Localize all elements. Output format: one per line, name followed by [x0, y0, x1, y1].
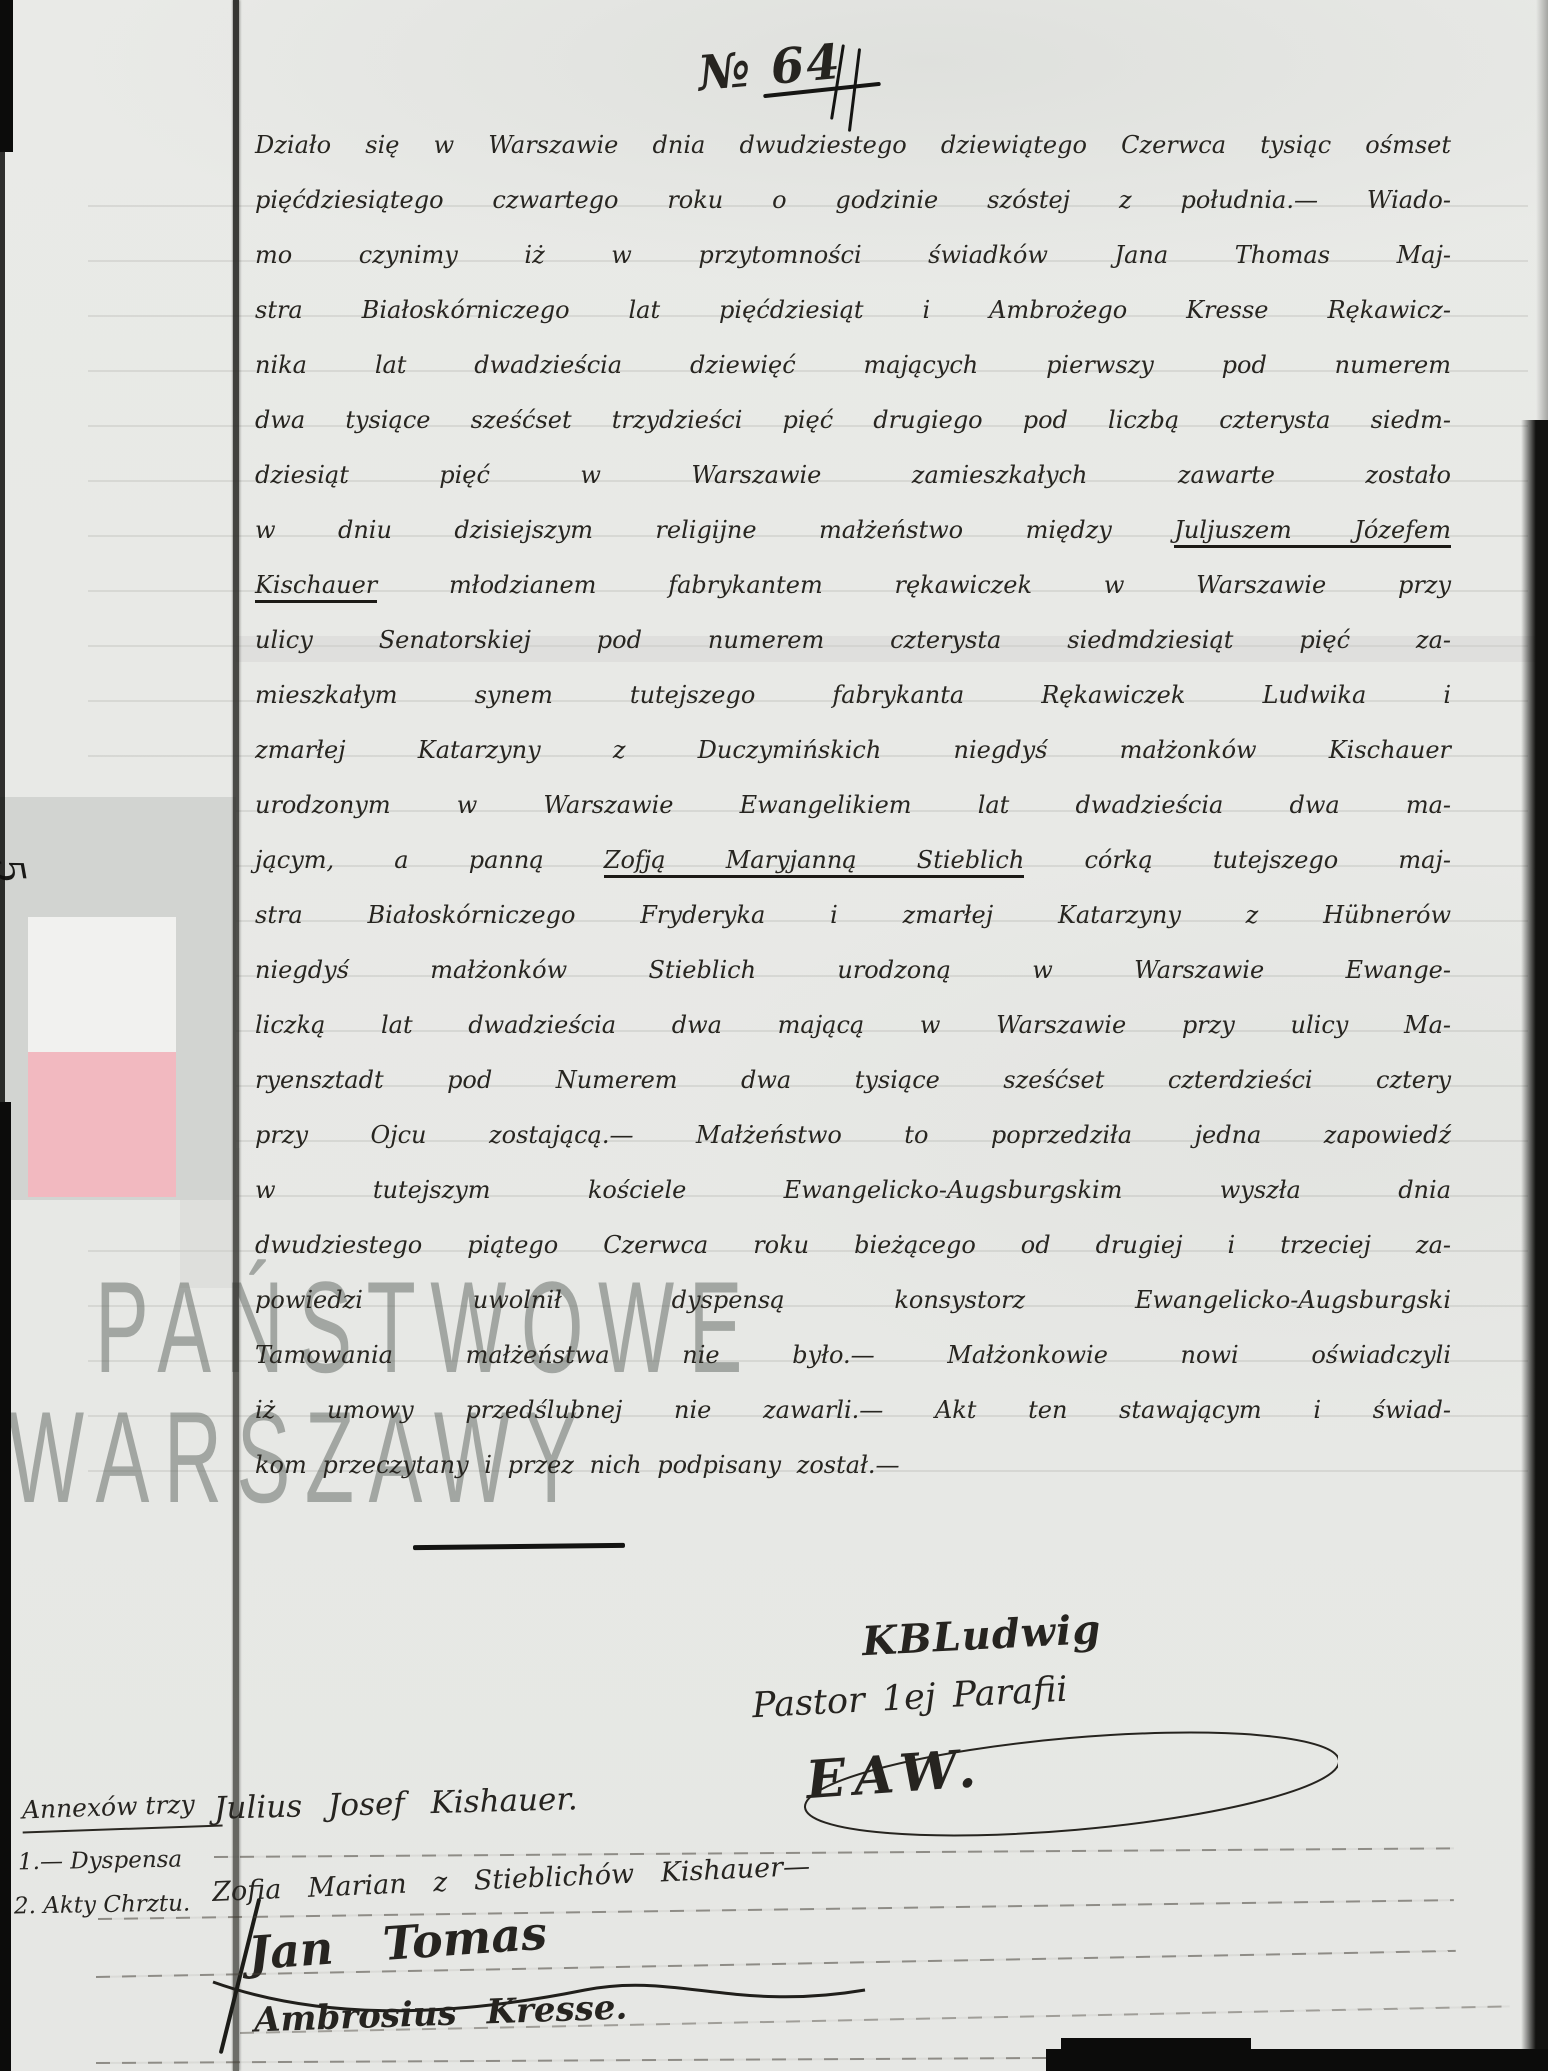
groom-signature: Julius Josef Kishauer. — [214, 1781, 578, 1827]
line-text: stra Białoskórniczego Fryderyka i zmarłe… — [255, 901, 1451, 929]
line-text: urodzonym w Warszawie Ewangelikiem lat d… — [255, 791, 1451, 819]
line-text: powiedzi uwolnił dyspensą konsystorz Ewa… — [255, 1286, 1451, 1314]
underlined-name: Zofją Maryjanną Stieblich — [604, 846, 1025, 878]
separator-line — [413, 1543, 625, 1550]
act-body-line: iż umowy przedślubnej nie zawarli.— Akt … — [255, 1383, 1451, 1438]
act-body-line: w tutejszym kościele Ewangelicko-Augsbur… — [255, 1163, 1451, 1218]
officiant-title: Pastor 1ej Parafii — [751, 1670, 1068, 1726]
line-text: stra Białoskórniczego lat pięćdziesiąt i… — [255, 296, 1451, 324]
act-body-line: zmarłej Katarzyny z Duczymińskich niegdy… — [255, 723, 1451, 778]
line-text: ryensztadt pod Numerem dwa tysiące sześć… — [255, 1066, 1451, 1094]
act-body-line: urodzonym w Warszawie Ewangelikiem lat d… — [255, 778, 1451, 833]
line-text: zmarłej Katarzyny z Duczymińskich niegdy… — [255, 736, 1451, 764]
margin-annex-item: 1.— Dyspensa — [18, 1847, 183, 1876]
act-body-line: niegdyś małżonków Stieblich urodzoną w W… — [255, 943, 1451, 998]
line-text: liczką lat dwadzieścia dwa mającą w Wars… — [255, 1011, 1451, 1039]
act-body-line: powiedzi uwolnił dyspensą konsystorz Ewa… — [255, 1273, 1451, 1328]
line-text: ulicy Senatorskiej pod numerem czterysta… — [255, 626, 1451, 654]
line-text: pięćdziesiątego czwartego roku o godzini… — [255, 186, 1451, 214]
line-text: iż umowy przedślubnej nie zawarli.— Akt … — [255, 1396, 1451, 1424]
film-edge — [0, 152, 5, 1102]
scanned-marriage-record-page: PAŃSTWOWE WARSZAWY № 64 Działo się w War… — [0, 0, 1548, 2071]
act-body-line: stra Białoskórniczego lat pięćdziesiąt i… — [255, 283, 1451, 338]
line-text: Działo się w Warszawie dnia dwudziestego… — [255, 131, 1451, 159]
line-text: jącym, a panną — [255, 846, 604, 874]
bride-signature: Zofia Marian z Stieblichów Kishauer— — [212, 1851, 811, 1908]
line-text: niegdyś małżonków Stieblich urodzoną w W… — [255, 956, 1451, 984]
act-body-line: nika lat dwadzieścia dziewięć mających p… — [255, 338, 1451, 393]
signature-flourish — [772, 1726, 1338, 1846]
act-body-line: mo czynimy iż w przytomności świadków Ja… — [255, 228, 1451, 283]
line-text: dwa tysiące sześćset trzydzieści pięć dr… — [255, 406, 1451, 434]
underlined-name: Kischauer — [255, 571, 377, 603]
act-body-line: Kischauer młodzianem fabrykantem rękawic… — [255, 558, 1451, 613]
act-body-line: w dniu dzisiejszym religijne małżeństwo … — [255, 503, 1451, 558]
act-body-line: Działo się w Warszawie dnia dwudziestego… — [255, 118, 1451, 173]
act-body-text: Działo się w Warszawie dnia dwudziestego… — [255, 118, 1451, 1493]
act-body-line: kom przeczytany i przez nich podpisany z… — [255, 1438, 1451, 1493]
pencil-rule — [214, 1847, 1454, 1858]
margin-annex-title: Annexów trzy — [21, 1789, 222, 1834]
line-text: w tutejszym kościele Ewangelicko-Augsbur… — [255, 1176, 1451, 1204]
line-text: Tamowania małżeństwa nie było.— Małżonko… — [255, 1341, 1451, 1369]
line-text: w dniu dzisiejszym religijne małżeństwo … — [255, 516, 1174, 544]
film-edge — [0, 1102, 11, 2071]
line-text: nika lat dwadzieścia dziewięć mających p… — [255, 351, 1451, 379]
margin-annex-item: 2. Akty Chrztu. — [14, 1890, 191, 1919]
act-body-line: dziesiąt pięć w Warszawie zamieszkałych … — [255, 448, 1451, 503]
flag-watermark-pink-field — [28, 1052, 176, 1197]
act-body-line: dwudziestego piątego Czerwca roku bieżąc… — [255, 1218, 1451, 1273]
act-body-line: pięćdziesiątego czwartego roku o godzini… — [255, 173, 1451, 228]
margin-rule — [233, 0, 239, 2071]
act-body-line: jącym, a panną Zofją Maryjanną Stieblich… — [255, 833, 1451, 888]
act-body-line: mieszkałym synem tutejszego fabrykanta R… — [255, 668, 1451, 723]
act-body-line: Tamowania małżeństwa nie było.— Małżonko… — [255, 1328, 1451, 1383]
flag-watermark-white-field — [28, 917, 176, 1053]
act-body-line: stra Białoskórniczego Fryderyka i zmarłe… — [255, 888, 1451, 943]
page-edge-shadow — [1521, 420, 1548, 2071]
act-body-line: przy Ojcu zostającą.— Małżeństwo to popr… — [255, 1108, 1451, 1163]
line-text: dziesiąt pięć w Warszawie zamieszkałych … — [255, 461, 1451, 489]
line-text: dwudziestego piątego Czerwca roku bieżąc… — [255, 1231, 1451, 1259]
act-body-line: ulicy Senatorskiej pod numerem czterysta… — [255, 613, 1451, 668]
line-text: kom przeczytany i przez nich podpisany z… — [255, 1451, 899, 1479]
line-text: przy Ojcu zostającą.— Małżeństwo to popr… — [255, 1121, 1451, 1149]
film-edge — [0, 0, 13, 152]
line-text: mieszkałym synem tutejszego fabrykanta R… — [255, 681, 1451, 709]
act-body-line: liczką lat dwadzieścia dwa mającą w Wars… — [255, 998, 1451, 1053]
act-body-line: ryensztadt pod Numerem dwa tysiące sześć… — [255, 1053, 1451, 1108]
film-edge — [1061, 2038, 1251, 2071]
act-body-line: dwa tysiące sześćset trzydzieści pięć dr… — [255, 393, 1451, 448]
officiant-signature: KBLudwig — [861, 1606, 1102, 1665]
line-text: mo czynimy iż w przytomności świadków Ja… — [255, 241, 1451, 269]
page-edge-shadow — [1536, 0, 1548, 420]
line-text: córką tutejszego maj- — [1024, 846, 1451, 874]
line-text: młodzianem fabrykantem rękawiczek w Wars… — [377, 571, 1451, 599]
underlined-name: Juljuszem Józefem — [1174, 516, 1451, 548]
